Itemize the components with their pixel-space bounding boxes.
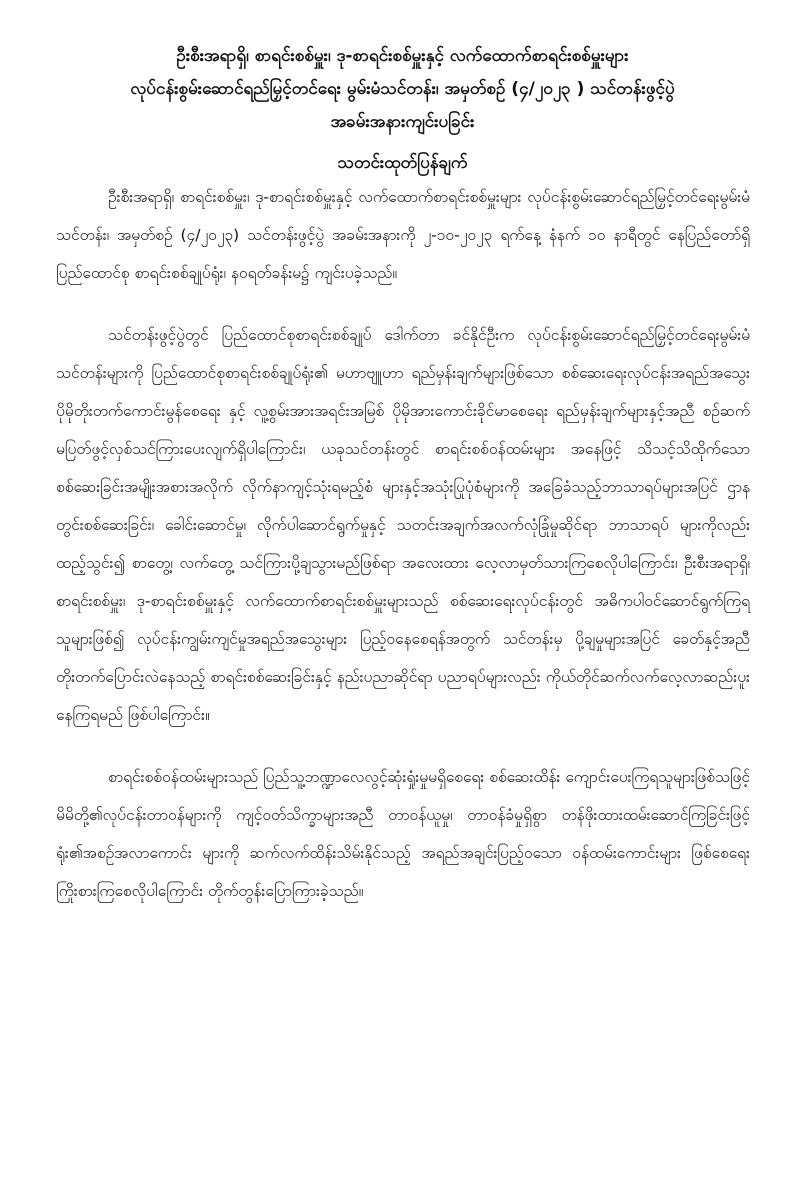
title-line-3: အခမ်းအနားကျင်းပခြင်း — [40, 106, 765, 139]
press-release-heading: သတင်းထုတ်ပြန်ချက် — [40, 147, 765, 180]
title-line-1: ဦးစီးအရာရှိ၊ စာရင်းစစ်မှူး၊ ဒု-စာရင်းစစ်… — [40, 40, 765, 73]
document-page: ဦးစီးအရာရှိ၊ စာရင်းစစ်မှူး၊ ဒု-စာရင်းစစ်… — [0, 0, 805, 1200]
document-body: ဦးစီးအရာရှိ၊ စာရင်းစစ်မှူး၊ ဒု-စာရင်းစစ်… — [56, 178, 750, 934]
title-line-2: လုပ်ငန်းစွမ်းဆောင်ရည်မြှင့်တင်ရေး မွမ်းမ… — [40, 73, 765, 106]
paragraph-3: စာရင်းစစ်ဝန်ထမ်းများသည် ပြည်သူ့ဘဏ္ဍာလေလွ… — [56, 758, 750, 910]
title-block: ဦးစီးအရာရှိ၊ စာရင်းစစ်မှူး၊ ဒု-စာရင်းစစ်… — [40, 40, 765, 180]
paragraph-1: ဦးစီးအရာရှိ၊ စာရင်းစစ်မှူး၊ ဒု-စာရင်းစစ်… — [56, 178, 750, 292]
paragraph-2: သင်တန်းဖွင့်ပွဲတွင် ပြည်ထောင်စုစာရင်းစစ်… — [56, 316, 750, 734]
